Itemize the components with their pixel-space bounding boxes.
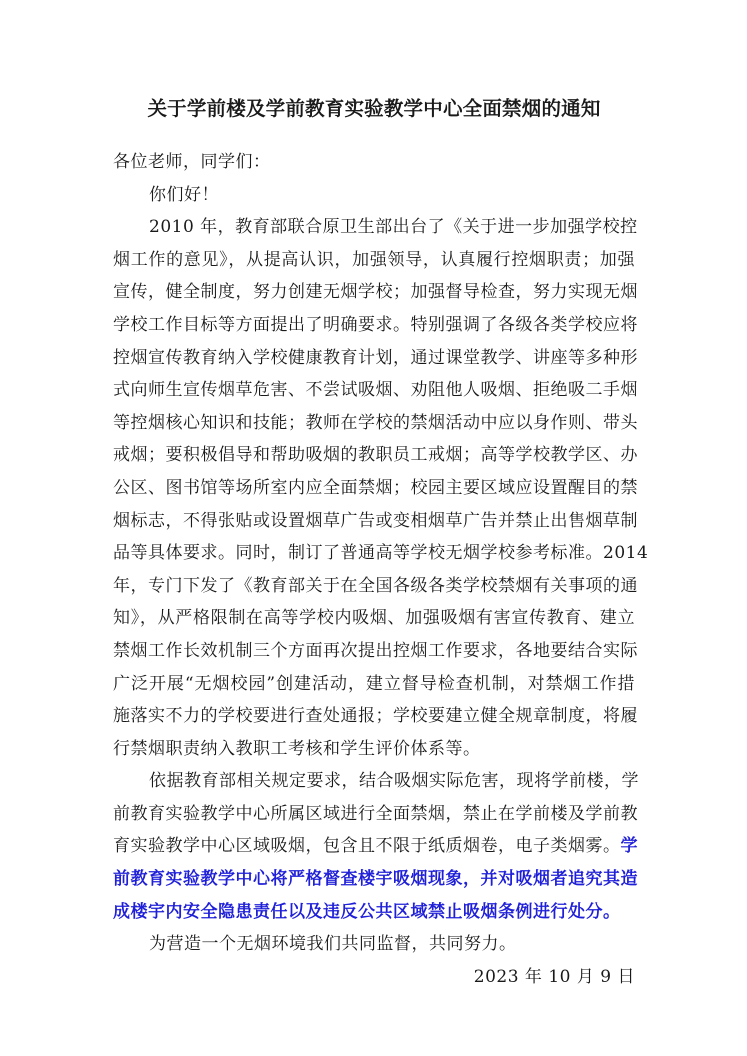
paragraph-line: 公区、图书馆等场所室内应全面禁烟；校园主要区域应设置醒目的禁 <box>113 472 635 505</box>
paragraph-2: 依据教育部相关规定要求，结合吸烟实际危害，现将学前楼，学 前教育实验教学中心所属… <box>113 765 635 928</box>
emphasis-line: 前教育实验教学中心将严格督查楼宇吸烟现象，并对吸烟者追究其造 <box>113 863 635 896</box>
paragraph-line: 2010 年，教育部联合原卫生部出台了《关于进一步加强学校控 <box>113 211 635 244</box>
greeting: 你们好！ <box>113 179 635 212</box>
paragraph-line: 控烟宣传教育纳入学校健康教育计划，通过课堂教学、讲座等多种形 <box>113 342 635 375</box>
emphasis-text: 学 <box>621 836 639 856</box>
paragraph-1: 2010 年，教育部联合原卫生部出台了《关于进一步加强学校控 烟工作的意见》，从… <box>113 211 635 765</box>
salutation: 各位老师，同学们： <box>113 146 635 179</box>
paragraph-line: 行禁烟职责纳入教职工考核和学生评价体系等。 <box>113 733 635 766</box>
spacer <box>113 126 635 146</box>
paragraph-line: 烟工作的意见》，从提高认识，加强领导，认真履行控烟职责；加强 <box>113 244 635 277</box>
paragraph-line: 禁烟工作长效机制三个方面再次提出控烟工作要求，各地要结合实际 <box>113 635 635 668</box>
paragraph-line: 知》，从严格限制在高等学校内吸烟、加强吸烟有害宣传教育、建立 <box>113 602 635 635</box>
closing-line: 为营造一个无烟环境我们共同监督，共同努力。 <box>113 928 635 961</box>
paragraph-line-mixed: 育实验教学中心区域吸烟，包含且不限于纸质烟卷，电子类烟雾。学 <box>113 830 635 863</box>
paragraph-line: 等控烟核心知识和技能；教师在学校的禁烟活动中应以身作则、带头 <box>113 407 635 440</box>
paragraph-line: 式向师生宣传烟草危害、不尝试吸烟、劝阻他人吸烟、拒绝吸二手烟 <box>113 374 635 407</box>
paragraph-line: 施落实不力的学校要进行查处通报；学校要建立健全规章制度，将履 <box>113 700 635 733</box>
notice-document: 关于学前楼及学前教育实验教学中心全面禁烟的通知 各位老师，同学们： 你们好！ 2… <box>113 92 635 993</box>
paragraph-line: 品等具体要求。同时，制订了普通高等学校无烟学校参考标准。2014 <box>113 537 635 570</box>
paragraph-line: 依据教育部相关规定要求，结合吸烟实际危害，现将学前楼，学 <box>113 765 635 798</box>
paragraph-line: 学校工作目标等方面提出了明确要求。特别强调了各级各类学校应将 <box>113 309 635 342</box>
paragraph-line: 烟标志，不得张贴或设置烟草广告或变相烟草广告并禁止出售烟草制 <box>113 505 635 538</box>
document-title: 关于学前楼及学前教育实验教学中心全面禁烟的通知 <box>93 92 655 126</box>
emphasis-line: 成楼宇内安全隐患责任以及违反公共区域禁止吸烟条例进行处分。 <box>113 896 635 929</box>
paragraph-line: 前教育实验教学中心所属区域进行全面禁烟，禁止在学前楼及学前教 <box>113 798 635 831</box>
plain-text: 育实验教学中心区域吸烟，包含且不限于纸质烟卷，电子类烟雾。 <box>113 836 621 856</box>
paragraph-line: 宣传，健全制度，努力创建无烟学校；加强督导检查，努力实现无烟 <box>113 276 635 309</box>
paragraph-line: 广泛开展“无烟校园”创建活动，建立督导检查机制，对禁烟工作措 <box>113 668 635 701</box>
document-date: 2023 年 10 月 9 日 <box>113 961 635 994</box>
paragraph-line: 年，专门下发了《教育部关于在全国各级各类学校禁烟有关事项的通 <box>113 570 635 603</box>
paragraph-line: 戒烟；要积极倡导和帮助吸烟的教职员工戒烟；高等学校教学区、办 <box>113 439 635 472</box>
